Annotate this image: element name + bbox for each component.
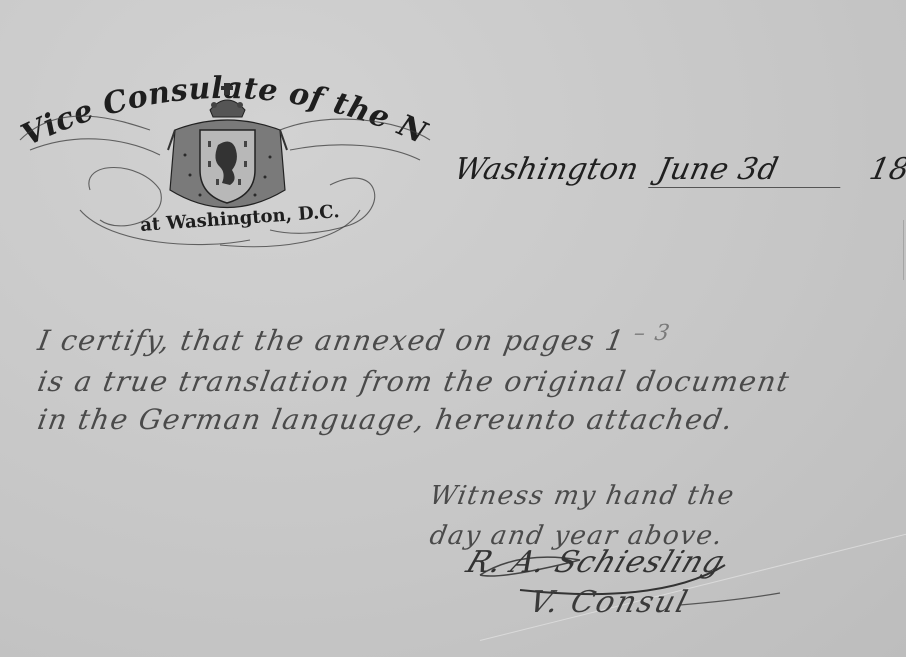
signature-name: R. A. Schiesling [462, 545, 730, 580]
document-page: Vice Consulate of the Netherlands [0, 0, 906, 657]
page-range-end: – 3 [632, 321, 673, 346]
dateline-year: 1867 [867, 152, 906, 187]
witness-line: Witness my hand the [426, 476, 738, 516]
paper-edge [903, 220, 904, 280]
body-line: in the German language, hereunto attache… [35, 401, 793, 439]
signature-title: V. Consul [525, 585, 693, 620]
witness-text: Witness my hand the day and year above. [430, 476, 735, 556]
letterhead: Vice Consulate of the Netherlands [0, 60, 440, 260]
dateline: Washington June 3d 1867 [455, 152, 906, 188]
certification-text: I certify, that the annexed on pages 1– … [38, 322, 790, 439]
dateline-place: Washington [451, 152, 642, 187]
netherlands-coat-of-arms-icon [160, 75, 295, 215]
body-line: is a true translation from the original … [35, 363, 793, 401]
dateline-date: June 3d [649, 152, 849, 188]
body-line: I certify, that the annexed on pages 1– … [34, 322, 793, 363]
